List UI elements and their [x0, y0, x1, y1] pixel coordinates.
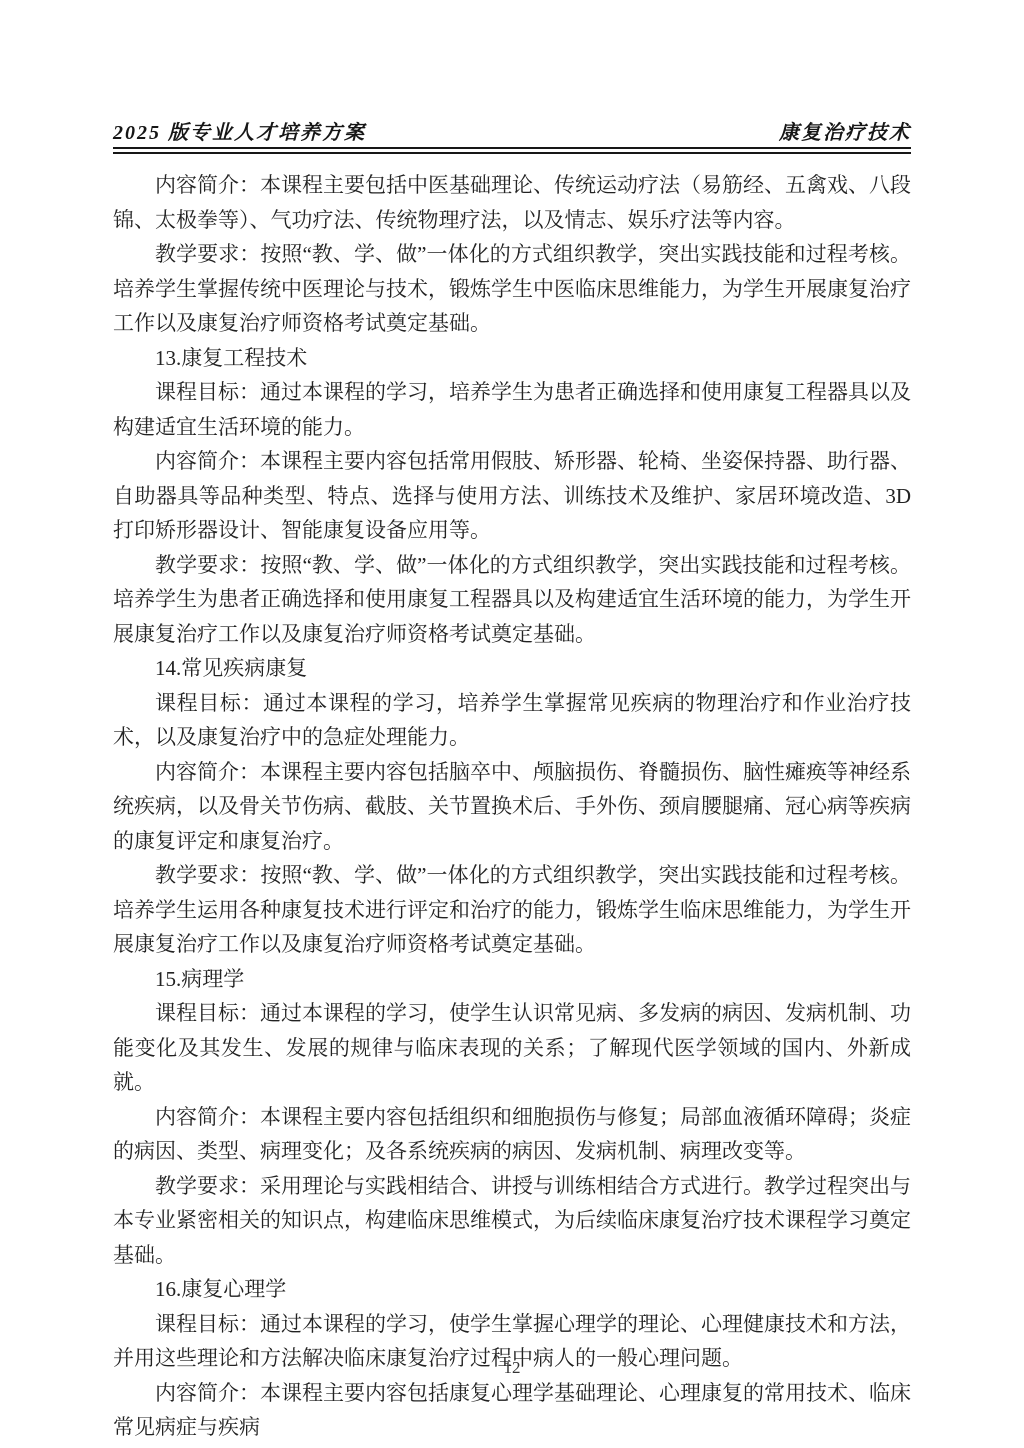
paragraph-course14-teaching: 教学要求：按照“教、学、做”一体化的方式组织教学，突出实践技能和过程考核。培养学… — [113, 858, 911, 962]
paragraph-course13-teaching: 教学要求：按照“教、学、做”一体化的方式组织教学，突出实践技能和过程考核。培养学… — [113, 548, 911, 652]
course-heading-14: 14.常见疾病康复 — [113, 651, 911, 686]
header-divider-rule — [113, 147, 911, 154]
paragraph-course12-teaching: 教学要求：按照“教、学、做”一体化的方式组织教学，突出实践技能和过程考核。培养学… — [113, 237, 911, 341]
paragraph-course14-intro: 内容简介：本课程主要内容包括脑卒中、颅脑损伤、脊髓损伤、脑性瘫痪等神经系统疾病，… — [113, 755, 911, 859]
paragraph-course13-goal: 课程目标：通过本课程的学习，培养学生为患者正确选择和使用康复工程器具以及构建适宜… — [113, 375, 911, 444]
document-body: 内容简介：本课程主要包括中医基础理论、传统运动疗法（易筋经、五禽戏、八段锦、太极… — [113, 168, 911, 1445]
paragraph-course15-teaching: 教学要求：采用理论与实践相结合、讲授与训练相结合方式进行。教学过程突出与本专业紧… — [113, 1169, 911, 1273]
paragraph-course13-intro: 内容简介：本课程主要内容包括常用假肢、矫形器、轮椅、坐姿保持器、助行器、自助器具… — [113, 444, 911, 548]
course-heading-16: 16.康复心理学 — [113, 1272, 911, 1307]
paragraph-course12-intro: 内容简介：本课程主要包括中医基础理论、传统运动疗法（易筋经、五禽戏、八段锦、太极… — [113, 168, 911, 237]
page-number: 12 — [504, 1358, 521, 1377]
paragraph-course15-goal: 课程目标：通过本课程的学习，使学生认识常见病、多发病的病因、发病机制、功能变化及… — [113, 996, 911, 1100]
header-left-title: 2025 版专业人才培养方案 — [113, 116, 366, 145]
paragraph-course16-intro: 内容简介：本课程主要内容包括康复心理学基础理论、心理康复的常用技术、临床常见病症… — [113, 1376, 911, 1445]
header-right-title: 康复治疗技术 — [779, 116, 911, 145]
paragraph-course15-intro: 内容简介：本课程主要内容包括组织和细胞损伤与修复；局部血液循环障碍；炎症的病因、… — [113, 1100, 911, 1169]
document-page: 2025 版专业人才培养方案 康复治疗技术 内容简介：本课程主要包括中医基础理论… — [0, 0, 1024, 1448]
page-header: 2025 版专业人才培养方案 康复治疗技术 — [113, 116, 911, 145]
page-footer: 12 — [0, 1358, 1024, 1378]
course-heading-15: 15.病理学 — [113, 962, 911, 997]
course-heading-13: 13.康复工程技术 — [113, 341, 911, 376]
paragraph-course14-goal: 课程目标：通过本课程的学习，培养学生掌握常见疾病的物理治疗和作业治疗技术，以及康… — [113, 686, 911, 755]
